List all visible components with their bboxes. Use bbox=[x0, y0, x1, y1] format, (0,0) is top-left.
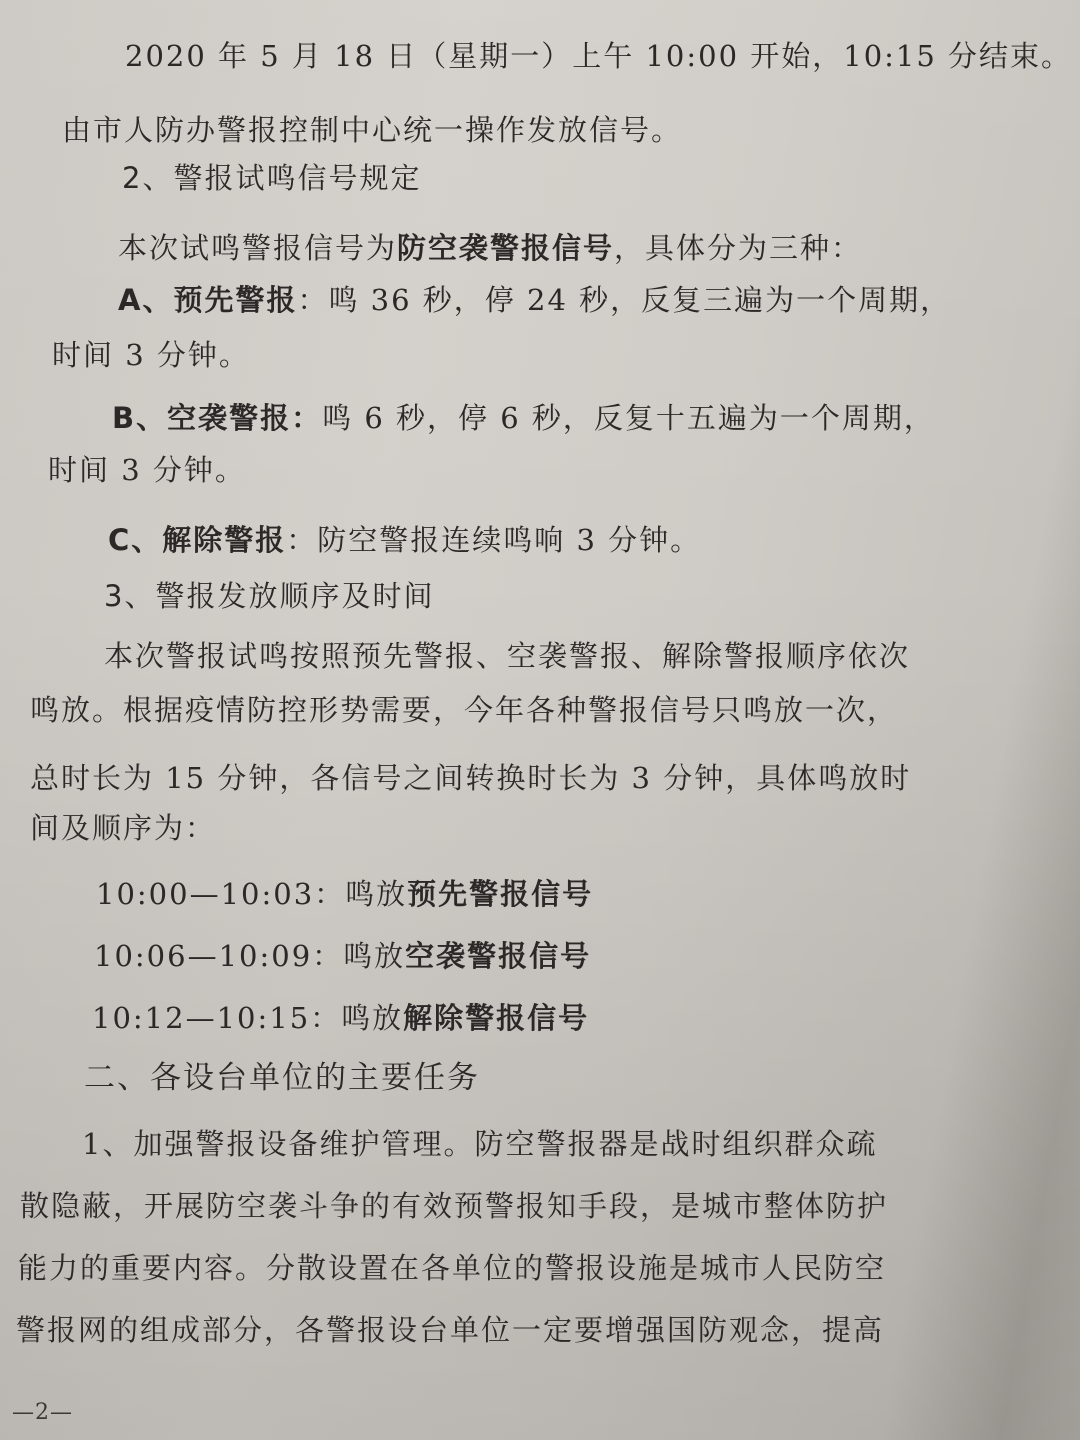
text-span: 鸣 6 秒，停 6 秒，反复十五遍为一个周期， bbox=[322, 401, 935, 435]
subheading: 2、警报试鸣信号规定 bbox=[122, 160, 421, 196]
schedule-prefix: 鸣放 bbox=[343, 939, 405, 973]
text-line: 总时长为 15 分钟，各信号之间转换时长为 3 分钟，具体鸣放时 bbox=[30, 760, 911, 796]
text-line: 散隐蔽，开展防空袭斗争的有效预警报知手段，是城市整体防护 bbox=[20, 1188, 888, 1224]
text-span: ：鸣 36 秒，停 24 秒，反复三遍为一个周期， bbox=[297, 283, 951, 317]
text-line: 本次试鸣警报信号为防空袭警报信号，具体分为三种： bbox=[118, 230, 862, 266]
emphasis-text: 防空袭警报信号 bbox=[397, 231, 614, 265]
text-line: B、空袭警报：鸣 6 秒，停 6 秒，反复十五遍为一个周期， bbox=[112, 400, 935, 436]
alert-type-label: C、解除警报 bbox=[108, 523, 286, 557]
text-span: 本次试鸣警报信号为 bbox=[118, 231, 397, 265]
schedule-signal: 预先警报信号 bbox=[407, 877, 593, 911]
schedule-time: 10:00—10:03： bbox=[96, 877, 345, 911]
text-line: 本次警报试鸣按照预先警报、空袭警报、解除警报顺序依次 bbox=[104, 638, 910, 674]
schedule-prefix: 鸣放 bbox=[345, 877, 407, 911]
text-line: 警报网的组成部分，各警报设台单位一定要增强国防观念，提高 bbox=[16, 1312, 884, 1348]
text-span: ：防空警报连续鸣响 3 分钟。 bbox=[286, 523, 701, 557]
text-line: 能力的重要内容。分散设置在各单位的警报设施是城市人民防空 bbox=[18, 1250, 886, 1286]
alert-type-label: A、预先警报 bbox=[118, 283, 297, 317]
schedule-prefix: 鸣放 bbox=[341, 1001, 403, 1035]
text-line: 时间 3 分钟。 bbox=[48, 452, 246, 488]
text-line: 间及顺序为： bbox=[30, 810, 216, 846]
text-line: 鸣放。根据疫情防控形势需要，今年各种警报信号只鸣放一次， bbox=[30, 692, 898, 728]
schedule-time: 10:12—10:15： bbox=[92, 1001, 341, 1035]
text-line: 1、加强警报设备维护管理。防空警报器是战时组织群众疏 bbox=[82, 1126, 877, 1162]
schedule-signal: 空袭警报信号 bbox=[405, 939, 591, 973]
text-line: C、解除警报：防空警报连续鸣响 3 分钟。 bbox=[108, 522, 701, 558]
text-line: A、预先警报：鸣 36 秒，停 24 秒，反复三遍为一个周期， bbox=[118, 282, 951, 318]
text-span: ，具体分为三种： bbox=[614, 231, 862, 265]
alert-type-label: B、空袭警报： bbox=[112, 401, 322, 435]
text-line: 2020 年 5 月 18 日（星期一）上午 10:00 开始，10:15 分结… bbox=[125, 38, 1072, 74]
subheading: 3、警报发放顺序及时间 bbox=[104, 578, 434, 614]
page-number: —2— bbox=[12, 1400, 73, 1425]
text-line: 由市人防办警报控制中心统一操作发放信号。 bbox=[62, 112, 682, 148]
schedule-row: 10:00—10:03：鸣放预先警报信号 bbox=[96, 876, 593, 912]
schedule-time: 10:06—10:09： bbox=[94, 939, 343, 973]
schedule-row: 10:12—10:15：鸣放解除警报信号 bbox=[92, 1000, 589, 1036]
section-heading: 二、各设台单位的主要任务 bbox=[84, 1060, 480, 1096]
schedule-row: 10:06—10:09：鸣放空袭警报信号 bbox=[94, 938, 591, 974]
schedule-signal: 解除警报信号 bbox=[403, 1001, 589, 1035]
text-line: 时间 3 分钟。 bbox=[52, 337, 250, 373]
